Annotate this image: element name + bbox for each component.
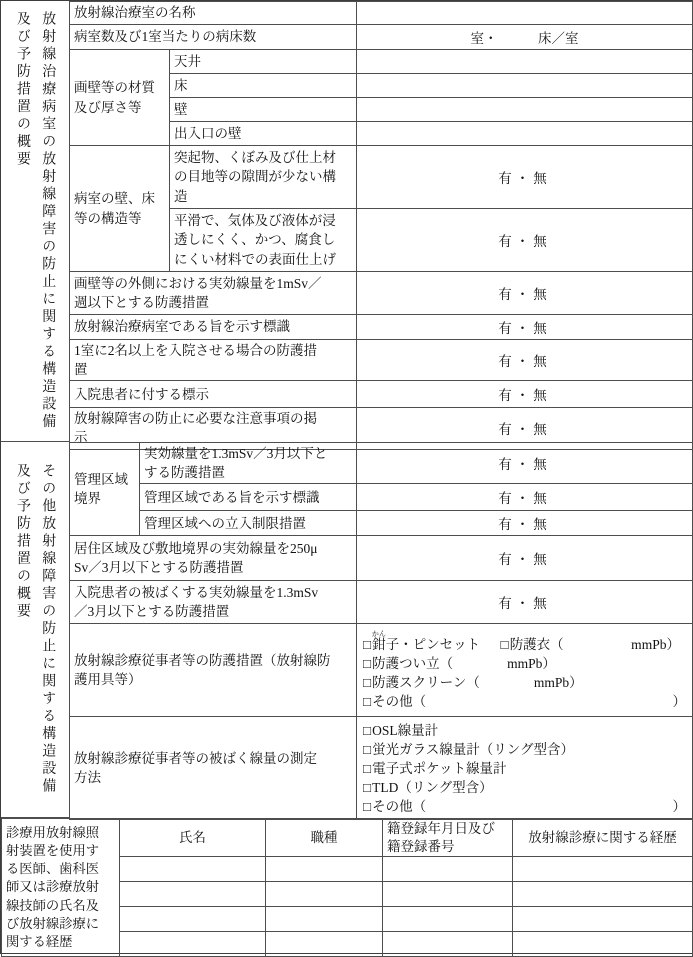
checkbox-icon[interactable]: □ bbox=[363, 799, 371, 814]
wall-input-cell[interactable] bbox=[357, 98, 693, 122]
controlled-area-item-entry: 管理区域への立入制限措置 bbox=[140, 511, 357, 536]
floor-input-cell[interactable] bbox=[357, 74, 693, 98]
table-row: 画壁等の外側における実効線量を1mSv／ 週以下とする防護措置 有・無 bbox=[70, 272, 693, 315]
ppe-line-1: □鉗かん子・ピンセット □防護衣（ mmPb） bbox=[363, 630, 686, 654]
table-row: 1室に2名以上を入院させる場合の防護措 置 有・無 bbox=[70, 340, 693, 381]
section2-title-line2: 及び予防措置の概要 bbox=[10, 463, 35, 796]
table-row: 放射線診療従事者等の防護措置（放射線防 護用具等） □鉗かん子・ピンセット □防… bbox=[70, 624, 693, 717]
ppe-other-close-paren: ） bbox=[673, 692, 687, 711]
table-row: 管理区域への立入制限措置 有・無 bbox=[70, 511, 693, 536]
yes-no-cell[interactable]: 有・無 bbox=[357, 340, 693, 381]
table-row: 入院患者の被ばくする実効線量を1.3mSv ／3月以下とする防護措置 有・無 bbox=[70, 581, 693, 624]
two-patients-label: 1室に2名以上を入院させる場合の防護措 置 bbox=[70, 340, 357, 381]
checkbox-icon[interactable]: □ bbox=[363, 761, 371, 776]
room-name-input-cell[interactable] bbox=[357, 2, 693, 25]
bed-count-input-cell[interactable]: 室・ 床／室 bbox=[357, 25, 693, 50]
ppe-option-standing-screen[interactable]: □防護つい立（ mmPb） bbox=[363, 656, 556, 671]
dosimetry-line-5: □その他（ ） bbox=[363, 797, 686, 816]
ppe-line-4: □その他（ ） bbox=[363, 692, 686, 711]
staff-registration-cell[interactable] bbox=[383, 907, 513, 932]
staff-registration-cell[interactable] bbox=[383, 932, 513, 957]
dosimetry-label: 放射線診療従事者等の被ばく線量の測定 方法 bbox=[70, 717, 357, 820]
section2-title-line1: その他放射線障害の防止に関する構造設備 bbox=[35, 463, 60, 796]
checkbox-icon[interactable]: □ bbox=[363, 637, 371, 652]
table-row: 居住区域及び敷地境界の実効線量を250μ Sv／3月以下とする防護措置 有・無 bbox=[70, 536, 693, 581]
screen-label: 防護スクリーン（ mmPb） bbox=[372, 675, 583, 690]
yes-no-cell[interactable]: 有・無 bbox=[357, 315, 693, 340]
section2-table: 管理区域 境界 実効線量を1.3mSv／3月以下と する防護措置 有・無 管理区… bbox=[69, 442, 693, 820]
forceps-ruby: 鉗かん bbox=[372, 637, 386, 652]
dosimetry-option-pocket[interactable]: □電子式ポケット線量計 bbox=[363, 761, 506, 776]
doorway-input-cell[interactable] bbox=[357, 122, 693, 146]
staff-occupation-cell[interactable] bbox=[266, 907, 383, 932]
yes-no-cell[interactable]: 有・無 bbox=[357, 443, 693, 484]
staff-occupation-cell[interactable] bbox=[266, 857, 383, 882]
staff-career-cell[interactable] bbox=[513, 932, 693, 957]
dosimetry-option-glass[interactable]: □蛍光ガラス線量計（リング型含） bbox=[363, 742, 574, 757]
checkbox-icon[interactable]: □ bbox=[363, 780, 371, 795]
standing-screen-label: 防護つい立（ mmPb） bbox=[372, 656, 556, 671]
column-header-name: 氏名 bbox=[120, 819, 266, 857]
staff-registration-cell[interactable] bbox=[383, 857, 513, 882]
bed-count-label: 病室数及び1室当たりの病床数 bbox=[70, 25, 357, 50]
dosimetry-option-tld[interactable]: □TLD（リング型含） bbox=[363, 780, 493, 795]
dosimetry-other-label: その他（ bbox=[372, 799, 426, 814]
structure-item-smooth: 平滑で、気体及び液体が浸 透しにくく、かつ、腐食し にくい材料での表面仕上げ bbox=[170, 209, 357, 272]
wall-material-group-label: 画壁等の材質 及び厚さ等 bbox=[70, 50, 170, 146]
dosimetry-line-3: □電子式ポケット線量計 bbox=[363, 759, 686, 778]
ppe-option-other[interactable]: □その他（ bbox=[363, 692, 426, 711]
yes-no-cell[interactable]: 有・無 bbox=[357, 581, 693, 624]
staff-name-cell[interactable] bbox=[120, 932, 266, 957]
ppe-option-screen[interactable]: □防護スクリーン（ mmPb） bbox=[363, 675, 583, 690]
wall-material-item-floor: 床 bbox=[170, 74, 357, 98]
checkbox-icon[interactable]: □ bbox=[363, 675, 371, 690]
room-name-label: 放射線治療室の名称 bbox=[70, 2, 357, 25]
room-sign-label: 放射線治療病室である旨を示す標識 bbox=[70, 315, 357, 340]
forceps-furigana: かん bbox=[372, 630, 386, 638]
tld-label: TLD（リング型含） bbox=[372, 780, 492, 795]
yes-no-cell[interactable]: 有・無 bbox=[357, 536, 693, 581]
dosimetry-other-close-paren: ） bbox=[673, 797, 687, 816]
yes-no-cell[interactable]: 有・無 bbox=[357, 272, 693, 315]
yes-no-cell[interactable]: 有・無 bbox=[357, 484, 693, 511]
ppe-label: 放射線診療従事者等の防護措置（放射線防 護用具等） bbox=[70, 624, 357, 717]
staff-name-cell[interactable] bbox=[120, 907, 266, 932]
wall-material-item-ceiling: 天井 bbox=[170, 50, 357, 74]
dosimetry-line-1: □OSL線量計 bbox=[363, 721, 686, 740]
yes-no-cell[interactable]: 有・無 bbox=[357, 511, 693, 536]
table-row: 管理区域である旨を示す標識 有・無 bbox=[70, 484, 693, 511]
staff-registration-cell[interactable] bbox=[383, 882, 513, 907]
dosimetry-option-osl[interactable]: □OSL線量計 bbox=[363, 723, 438, 738]
ppe-line-3: □防護スクリーン（ mmPb） bbox=[363, 673, 686, 692]
dosimetry-line-4: □TLD（リング型含） bbox=[363, 778, 686, 797]
checkbox-icon[interactable]: □ bbox=[501, 637, 509, 652]
ppe-options-cell: □鉗かん子・ピンセット □防護衣（ mmPb） □防護つい立（ mmPb） □防… bbox=[357, 624, 693, 717]
patient-tag-label: 入院患者に付する標示 bbox=[70, 381, 357, 408]
table-row: 管理区域 境界 実効線量を1.3mSv／3月以下と する防護措置 有・無 bbox=[70, 443, 693, 484]
section1-table: 放射線治療室の名称 病室数及び1室当たりの病床数 室・ 床／室 画壁等の材質 及… bbox=[69, 1, 693, 450]
column-header-registration: 籍登録年月日及び 籍登録番号 bbox=[383, 819, 513, 857]
column-header-occupation: 職種 bbox=[266, 819, 383, 857]
dosimetry-option-other[interactable]: □その他（ bbox=[363, 797, 426, 816]
table-row: 入院患者に付する標示 有・無 bbox=[70, 381, 693, 408]
controlled-area-item-sign: 管理区域である旨を示す標識 bbox=[140, 484, 357, 511]
staff-side-label: 診療用放射線照 射装置を使用す る医師、歯科医 師又は診療放射 線技師の氏名及 … bbox=[2, 819, 120, 957]
controlled-area-item-dose: 実効線量を1.3mSv／3月以下と する防護措置 bbox=[140, 443, 357, 484]
dosimetry-options-cell: □OSL線量計 □蛍光ガラス線量計（リング型含） □電子式ポケット線量計 □TL… bbox=[357, 717, 693, 820]
forceps-kanji: 鉗 bbox=[372, 637, 386, 652]
staff-name-cell[interactable] bbox=[120, 857, 266, 882]
ppe-option-forceps[interactable]: □鉗かん子・ピンセット bbox=[363, 637, 480, 652]
forceps-label: 子・ピンセット bbox=[386, 637, 481, 652]
apron-label: 防護衣（ mmPb） bbox=[510, 637, 680, 652]
dosimetry-line-2: □蛍光ガラス線量計（リング型含） bbox=[363, 740, 686, 759]
residential-dose-label: 居住区域及び敷地境界の実効線量を250μ Sv／3月以下とする防護措置 bbox=[70, 536, 357, 581]
table-row: 病室数及び1室当たりの病床数 室・ 床／室 bbox=[70, 25, 693, 50]
yes-no-cell[interactable]: 有・無 bbox=[357, 209, 693, 272]
wall-material-item-doorway: 出入口の壁 bbox=[170, 122, 357, 146]
ppe-other-label: その他（ bbox=[372, 694, 426, 709]
checkbox-icon[interactable]: □ bbox=[363, 656, 371, 671]
controlled-area-group-label: 管理区域 境界 bbox=[70, 443, 140, 536]
staff-career-cell[interactable] bbox=[513, 857, 693, 882]
checkbox-icon[interactable]: □ bbox=[363, 723, 371, 738]
table-row: 放射線治療室の名称 bbox=[70, 2, 693, 25]
table-row: 放射線診療従事者等の被ばく線量の測定 方法 □OSL線量計 □蛍光ガラス線量計（… bbox=[70, 717, 693, 820]
staff-career-cell[interactable] bbox=[513, 907, 693, 932]
radiation-facility-form: 放射線治療病室の放射線障害の防止に関する構造設備 及び予防措置の概要 その他放射… bbox=[0, 0, 693, 954]
structure-group-label: 病室の壁、床 等の構造等 bbox=[70, 146, 170, 272]
yes-no-cell[interactable]: 有・無 bbox=[357, 381, 693, 408]
wall-material-item-wall: 壁 bbox=[170, 98, 357, 122]
staff-career-cell[interactable] bbox=[513, 882, 693, 907]
table-row: 画壁等の材質 及び厚さ等 天井 bbox=[70, 50, 693, 74]
ceiling-input-cell[interactable] bbox=[357, 50, 693, 74]
column-header-career: 放射線診療に関する経歴 bbox=[513, 819, 693, 857]
section1-title-line2: 及び予防措置の概要 bbox=[10, 11, 35, 431]
section1-vertical-header: 放射線治療病室の放射線障害の防止に関する構造設備 及び予防措置の概要 bbox=[1, 1, 70, 442]
osl-label: OSL線量計 bbox=[372, 723, 438, 738]
table-row: 診療用放射線照 射装置を使用す る医師、歯科医 師又は診療放射 線技師の氏名及 … bbox=[2, 819, 693, 857]
inpatient-dose-label: 入院患者の被ばくする実効線量を1.3mSv ／3月以下とする防護措置 bbox=[70, 581, 357, 624]
checkbox-icon[interactable]: □ bbox=[363, 694, 371, 709]
staff-occupation-cell[interactable] bbox=[266, 932, 383, 957]
staff-occupation-cell[interactable] bbox=[266, 882, 383, 907]
ppe-option-apron[interactable]: □防護衣（ mmPb） bbox=[501, 637, 680, 652]
section2-title: その他放射線障害の防止に関する構造設備 及び予防措置の概要 bbox=[10, 463, 60, 796]
pocket-label: 電子式ポケット線量計 bbox=[372, 761, 506, 776]
section2-vertical-header: その他放射線障害の防止に関する構造設備 及び予防措置の概要 bbox=[1, 442, 70, 818]
structure-item-joints: 突起物、くぼみ及び仕上材 の目地等の隙間が少ない構 造 bbox=[170, 146, 357, 209]
yes-no-cell[interactable]: 有・無 bbox=[357, 146, 693, 209]
staff-name-cell[interactable] bbox=[120, 882, 266, 907]
table-row: 病室の壁、床 等の構造等 突起物、くぼみ及び仕上材 の目地等の隙間が少ない構 造… bbox=[70, 146, 693, 209]
staff-table: 診療用放射線照 射装置を使用す る医師、歯科医 師又は診療放射 線技師の氏名及 … bbox=[1, 818, 693, 957]
ppe-line-2: □防護つい立（ mmPb） bbox=[363, 654, 686, 673]
table-row: 放射線治療病室である旨を示す標識 有・無 bbox=[70, 315, 693, 340]
section1-title-line1: 放射線治療病室の放射線障害の防止に関する構造設備 bbox=[35, 11, 60, 431]
checkbox-icon[interactable]: □ bbox=[363, 742, 371, 757]
glass-label: 蛍光ガラス線量計（リング型含） bbox=[372, 742, 574, 757]
shielding-label: 画壁等の外側における実効線量を1mSv／ 週以下とする防護措置 bbox=[70, 272, 357, 315]
section1-title: 放射線治療病室の放射線障害の防止に関する構造設備 及び予防措置の概要 bbox=[10, 11, 60, 431]
